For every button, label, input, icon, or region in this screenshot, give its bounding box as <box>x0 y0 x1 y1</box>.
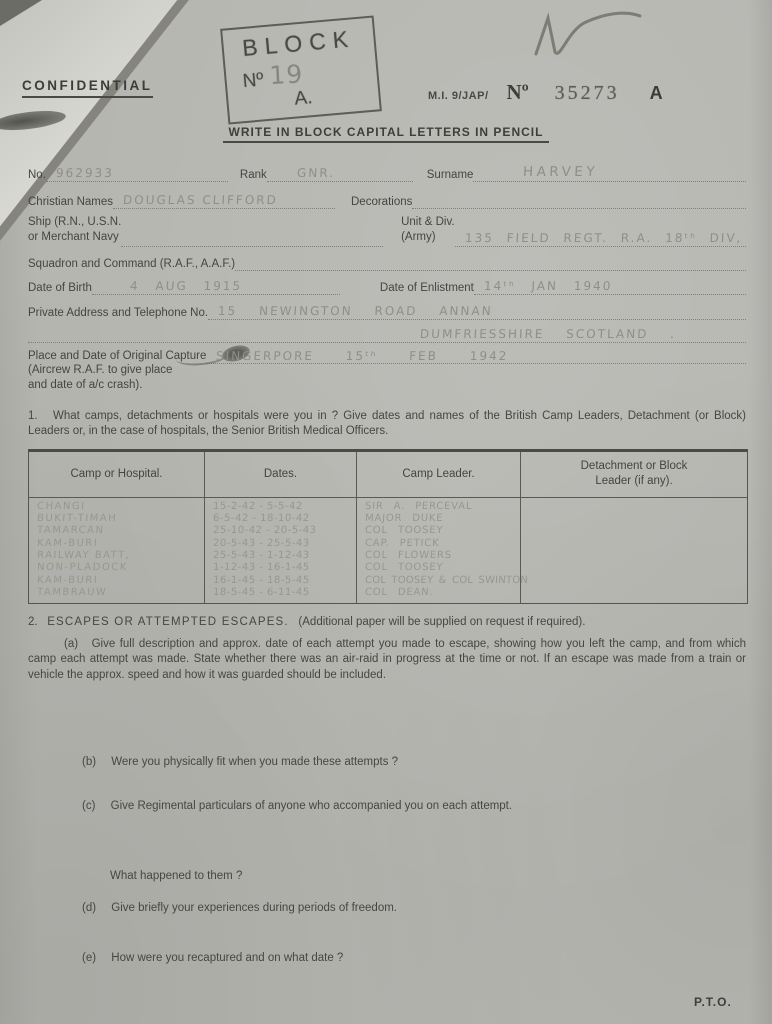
question-2b-label: (b) <box>82 756 96 768</box>
dates-cell: 15-2-42 - 5-5-42 <box>213 501 357 513</box>
decorations-label: Decorations <box>351 196 412 209</box>
pto-label: P.T.O. <box>694 995 732 1009</box>
row-address-2: DUMFRIESSHIRE SCOTLAND . <box>28 320 746 343</box>
capture-label: Place and Date of Original Capture(Aircr… <box>28 349 206 393</box>
camp-cell: CHANGI <box>37 501 205 513</box>
serial-prefix: M.I. 9/JAP/ <box>428 90 489 102</box>
serial-number-stamp: 35273 <box>555 82 620 105</box>
question-2-note: (Additional paper will be supplied on re… <box>298 616 585 628</box>
row-address: Private Address and Telephone No. 15 NEW… <box>28 295 746 320</box>
section-2: 2. ESCAPES OR ATTEMPTED ESCAPES. (Additi… <box>28 616 746 964</box>
scanned-document-page: CONFIDENTIAL BLOCK Nº19 A. M.I. 9/JAP/ N… <box>0 0 772 1024</box>
christian-names-label: Christian Names <box>28 196 113 209</box>
camp-cell: BUKIT-TIMAH <box>37 513 205 525</box>
dob-label: Date of Birth <box>28 282 92 295</box>
question-2-title: 2. ESCAPES OR ATTEMPTED ESCAPES. (Additi… <box>28 616 746 628</box>
leader-cell: COL TOOSEY <box>365 525 521 537</box>
block-number-stamp: BLOCK Nº19 A. <box>220 15 382 124</box>
leader-cell: COL DEAN. <box>365 587 521 599</box>
leader-cell: COL FLOWERS <box>365 550 521 562</box>
question-2a: (a) Give full description and approx. da… <box>28 637 746 683</box>
question-2e: (e) How were you recaptured and on what … <box>28 952 746 964</box>
camps-table-header: Camp or Hospital. Dates. Camp Leader. De… <box>29 452 747 498</box>
dates-cell: 25-5-43 - 1-12-43 <box>213 550 357 562</box>
header-dates: Dates. <box>205 452 357 497</box>
question-2c-label: (c) <box>82 800 95 812</box>
camp-cell: RAILWAY BATT, <box>37 550 205 562</box>
question-1-text: What camps, detachments or hospitals wer… <box>28 410 746 437</box>
squadron-field <box>235 257 746 271</box>
dates-cell: 6-5-42 - 18-10-42 <box>213 513 357 525</box>
camps-table: Camp or Hospital. Dates. Camp Leader. De… <box>28 449 748 604</box>
question-2-heading: ESCAPES OR ATTEMPTED ESCAPES. <box>47 616 289 628</box>
question-2e-text: How were you recaptured and on what date… <box>111 952 343 964</box>
leader-cell: MAJOR DUKE <box>365 513 521 525</box>
leader-cell: SIR A. PERCEVAL <box>365 501 521 513</box>
ship-field <box>121 233 383 247</box>
no-label: No. <box>28 169 46 182</box>
serial-no-label: Nº <box>507 80 529 105</box>
question-2b-text: Were you physically fit when you made th… <box>111 756 398 768</box>
serial-number-line: M.I. 9/JAP/ Nº 35273 A <box>428 80 663 105</box>
dates-cell: 25-10-42 - 20-5-43 <box>213 525 357 537</box>
leader-cell: CAP. PETICK <box>365 538 521 550</box>
question-2d-label: (d) <box>82 902 96 914</box>
question-2c-followup: What happened to them ? <box>28 870 746 882</box>
leader-cell: COL TOOSEY <box>365 562 521 574</box>
address-field-line1: 15 NEWINGTON ROAD ANNAN <box>208 304 746 320</box>
no-field: 962933 <box>46 166 228 182</box>
question-2a-text: Give full description and approx. date o… <box>28 638 746 680</box>
rank-label: Rank <box>240 169 267 182</box>
dates-cell: 18-5-45 - 6-11-45 <box>213 587 357 599</box>
column-block-leaders <box>521 498 747 603</box>
column-dates: 15-2-42 - 5-5-42 6-5-42 - 18-10-42 25-10… <box>205 498 357 603</box>
camp-cell: TAMBRAUW <box>37 587 205 599</box>
form-body: No. 962933 Rank GNR. Surname HARVEY Chri… <box>28 158 746 964</box>
camps-table-body: CHANGI BUKIT-TIMAH TAMARCAN KAM-BURI RAI… <box>29 498 747 603</box>
address-label: Private Address and Telephone No. <box>28 307 208 320</box>
leader-cell: COL TOOSEY & COL SWINTON <box>365 575 521 587</box>
confidential-label: CONFIDENTIAL <box>22 78 153 98</box>
row-squadron: Squadron and Command (R.A.F., A.A.F.) <box>28 247 746 271</box>
question-2a-label: (a) <box>64 638 78 650</box>
question-1-number: 1. <box>28 410 38 422</box>
camp-cell: TAMARCAN <box>37 525 205 537</box>
row-ship-unit: Ship (R.N., U.S.N.or Merchant Navy Unit … <box>28 209 746 247</box>
row-christian-decorations: Christian Names DOUGLAS CLIFFORD Decorat… <box>28 182 746 209</box>
stamp-no-value: 19 <box>268 59 303 90</box>
camp-cell: NON-PLADOCK <box>37 562 205 574</box>
column-camps: CHANGI BUKIT-TIMAH TAMARCAN KAM-BURI RAI… <box>29 498 205 603</box>
surname-label: Surname <box>427 169 474 182</box>
enlistment-label: Date of Enlistment <box>380 282 474 295</box>
surname-field: HARVEY <box>473 164 746 182</box>
question-2c-text: Give Regimental particulars of anyone wh… <box>111 800 512 812</box>
header-camp-leader: Camp Leader. <box>357 452 521 497</box>
column-leaders: SIR A. PERCEVAL MAJOR DUKE COL TOOSEY CA… <box>357 498 521 603</box>
squadron-label: Squadron and Command (R.A.F., A.A.F.) <box>28 258 235 271</box>
question-2-number: 2. <box>28 616 38 628</box>
address-field-line2: DUMFRIESSHIRE SCOTLAND . <box>28 327 746 343</box>
header-camp-or-hospital: Camp or Hospital. <box>29 452 205 497</box>
question-2d-text: Give briefly your experiences during per… <box>111 902 397 914</box>
question-1: 1. What camps, detachments or hospitals … <box>28 409 746 439</box>
question-2e-label: (e) <box>82 952 96 964</box>
unit-div-field: 135 FIELD REGT. R.A. 18ᵗʰ DIV, <box>455 231 746 247</box>
dates-cell: 16-1-45 - 18-5-45 <box>213 575 357 587</box>
camp-cell: KAM-BURI <box>37 538 205 550</box>
serial-suffix: A <box>650 83 663 104</box>
header-detachment-leader: Detachment or BlockLeader (if any). <box>521 452 747 497</box>
enlistment-field: 14ᵗʰ JAN 1940 <box>474 279 746 295</box>
instruction-header: WRITE IN BLOCK CAPITAL LETTERS IN PENCIL <box>0 123 772 141</box>
row-dob-enlistment: Date of Birth 4 AUG 1915 Date of Enlistm… <box>28 271 746 295</box>
row-capture: Place and Date of Original Capture(Aircr… <box>28 349 746 399</box>
question-2c: (c) Give Regimental particulars of anyon… <box>28 800 746 812</box>
rank-field: GNR. <box>267 166 413 182</box>
row-no-rank-surname: No. 962933 Rank GNR. Surname HARVEY <box>28 158 746 182</box>
camp-cell: KAM-BURI <box>37 575 205 587</box>
dates-cell: 1-12-43 - 16-1-45 <box>213 562 357 574</box>
stamp-no-label: Nº <box>242 69 264 92</box>
dob-field: 4 AUG 1915 <box>92 279 340 295</box>
ship-label: Ship (R.N., U.S.N.or Merchant Navy <box>28 215 121 247</box>
unit-div-label: Unit & Div.(Army) <box>401 215 454 247</box>
decorations-field <box>412 195 746 209</box>
question-2b: (b) Were you physically fit when you mad… <box>28 756 746 768</box>
question-2d: (d) Give briefly your experiences during… <box>28 902 746 914</box>
christian-names-field: DOUGLAS CLIFFORD <box>113 193 335 209</box>
pencil-scribble <box>528 2 658 64</box>
dates-cell: 20-5-43 - 25-5-43 <box>213 538 357 550</box>
capture-field: SINGERPORE 15ᵗʰ FEB 1942 <box>206 349 746 364</box>
